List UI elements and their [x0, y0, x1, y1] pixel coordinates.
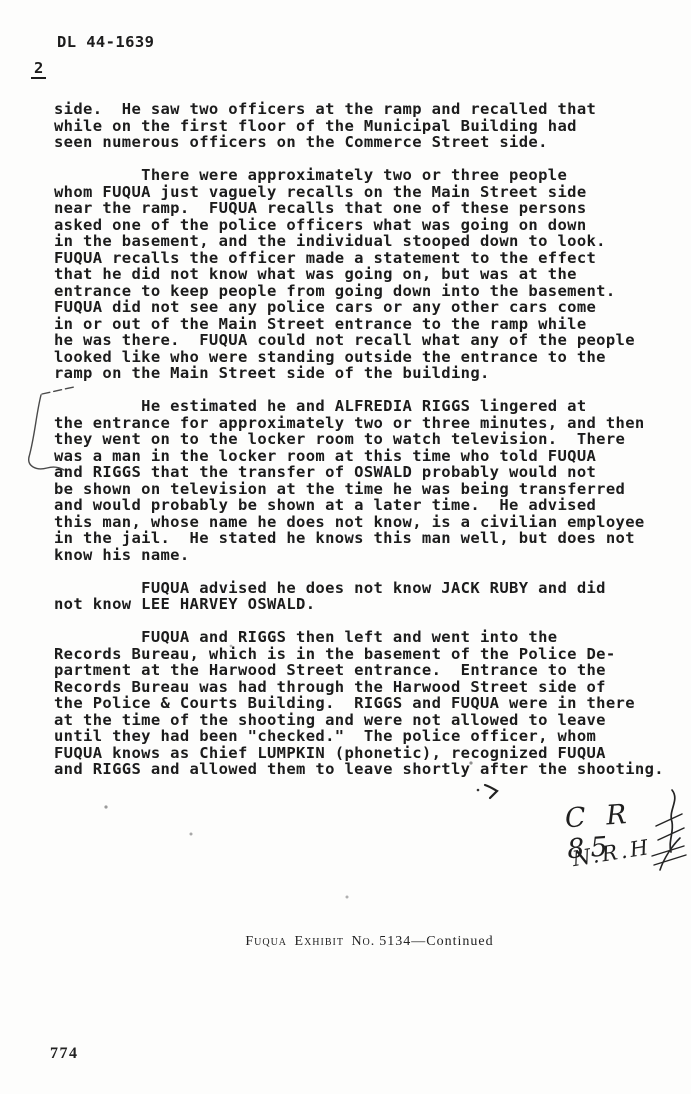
exhibit-caption-number: 5134—Continued [379, 934, 493, 949]
exhibit-caption-title: Fuqua Exhibit No. [245, 934, 375, 949]
paragraph-3: He estimated he and ALFREDIA RIGGS linge… [54, 398, 684, 563]
page-marker: 2 [31, 59, 46, 79]
paragraph-1: side. He saw two officers at the ramp an… [54, 101, 684, 151]
document-body: side. He saw two officers at the ramp an… [54, 101, 684, 794]
margin-bracket-mark [14, 380, 84, 480]
scan-specks [0, 0, 2, 2]
pencil-tick-mark [474, 782, 504, 802]
exhibit-caption: Fuqua Exhibit No.5134—Continued [0, 934, 691, 950]
scanned-document-page: DL 44-1639 2 side. He saw two officers a… [0, 0, 691, 1094]
paragraph-5: FUQUA and RIGGS then left and went into … [54, 629, 684, 778]
page-number: 774 [50, 1045, 79, 1063]
handwritten-flourish-2 [648, 834, 688, 876]
paragraph-2: There were approximately two or three pe… [54, 167, 684, 382]
file-number: DL 44-1639 [57, 33, 154, 51]
paragraph-4: FUQUA advised he does not know JACK RUBY… [54, 580, 684, 613]
